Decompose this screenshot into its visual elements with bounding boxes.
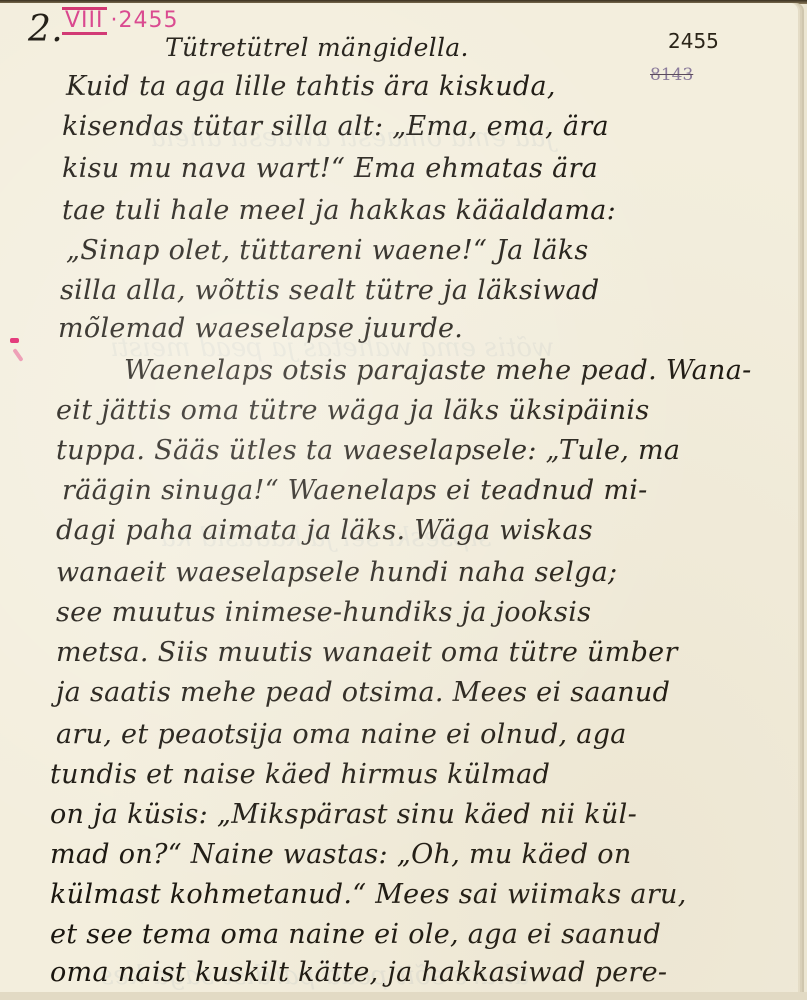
text-line: Waenelaps otsis parajaste mehe pead. Wan… (124, 355, 752, 386)
text-line: oma naist kuskilt kätte, ja hakkasiwad p… (50, 957, 667, 988)
text-line: silla alla, wõttis sealt tütre ja läksiw… (60, 275, 600, 306)
archive-reference: VIII·2455 (62, 7, 179, 35)
manuscript-page: jaa ema omaesti awaesti aneia wõtis ema … (0, 3, 798, 993)
text-line: külmast kohmetanud.“ Mees sai wiimaks ar… (50, 879, 687, 910)
text-line: see muutus inimese-hundiks ja jooksis (56, 597, 591, 628)
text-line: kisu mu nava wart!“ Ema ehmatas ära (62, 153, 598, 184)
story-title: Tütretütrel mängidella. (165, 33, 469, 62)
text-line: eit jättis oma tütre wäga ja läks üksipä… (56, 395, 649, 426)
text-line: Kuid ta aga lille tahtis ära kiskuda, (66, 71, 556, 102)
text-line: „Sinap olet, tüttareni waene!“ Ja läks (66, 235, 589, 266)
text-line: tuppa. Sääs ütles ta waeselapsele: „Tule… (56, 435, 680, 466)
text-line: tae tuli hale meel ja hakkas kääaldama: (62, 195, 616, 226)
stamp-number: 2455 (668, 29, 719, 53)
text-line: mad on?“ Naine wastas: „Oh, mu käed on (50, 839, 632, 870)
text-line: et see tema oma naine ei ole, aga ei saa… (50, 919, 661, 950)
archive-number: 2455 (119, 8, 179, 33)
margin-pink-mark (10, 338, 19, 343)
margin-pink-stroke (12, 348, 23, 362)
text-line: metsa. Siis muutis wanaeit oma tütre ümb… (56, 637, 678, 668)
text-line: räägin sinuga!“ Waenelaps ei teadnud mi- (62, 475, 648, 506)
text-line: aru, et peaotsija oma naine ei olnud, ag… (56, 719, 627, 750)
text-line: kisendas tütar silla alt: „Ema, ema, ära (62, 111, 609, 142)
text-line: ja saatis mehe pead otsima. Mees ei saan… (56, 677, 670, 708)
text-line: mõlemad waeselapse juurde. (58, 313, 463, 344)
text-line: tundis et naise käed hirmus külmad (50, 759, 550, 790)
old-number-struck: 8143 (650, 65, 693, 85)
page-bottom-edge (0, 992, 807, 1000)
manuscript-scan: jaa ema omaesti awaesti aneia wõtis ema … (0, 0, 807, 1000)
archive-volume: VIII (62, 7, 107, 35)
text-line: dagi paha aimata ja läks. Wäga wiskas (56, 515, 593, 546)
archive-dot: · (111, 8, 119, 33)
page-number: 2. (28, 9, 63, 50)
text-line: wanaeit waeselapsele hundi naha selga; (56, 557, 617, 588)
text-line: on ja küsis: „Mikspärast sinu käed nii k… (50, 799, 637, 830)
